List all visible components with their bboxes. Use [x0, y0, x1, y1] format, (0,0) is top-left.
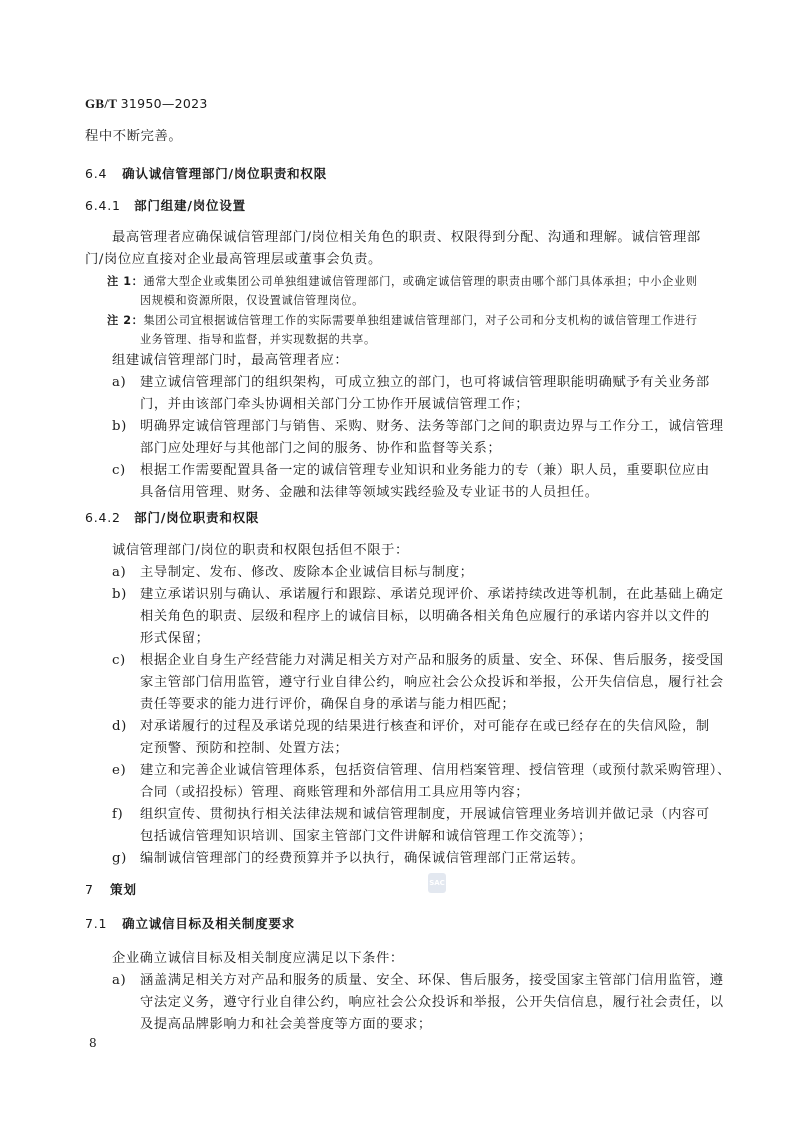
list-item-line: 守法定义务，遵守行业自律公约，响应社会公众投诉和举报，公开失信信息，履行社会责任… [140, 992, 724, 1014]
list-item-line: 涵盖满足相关方对产品和服务的质量、安全、环保、售后服务，接受国家主管部门信用监管… [140, 970, 724, 992]
list-label: e) [112, 760, 126, 782]
list-item-line: 建立和完善企业诚信管理体系，包括资信管理、信用档案管理、授信管理（或预付款采购管… [140, 760, 731, 782]
list-intro: 诚信管理部门/岗位的职责和权限包括但不限于： [112, 540, 409, 562]
section-6-4-1-heading: 6.4.1 部门组建/岗位设置 [85, 196, 246, 214]
note-2: 注 2：集团公司宜根据诚信管理工作的实际需要单独组建诚信管理部门，对子公司和分支… [107, 311, 697, 331]
section-title: 确认诚信管理部门/岗位职责和权限 [122, 166, 327, 181]
list-intro: 企业确立诚信目标及相关制度应满足以下条件： [112, 948, 404, 970]
note-label: 注 1： [107, 275, 143, 288]
note-label: 注 2： [107, 314, 143, 327]
list-item-line: 责任等要求的能力进行评价，确保自身的承诺与能力相匹配； [140, 694, 515, 716]
standard-prefix: GB/T [85, 96, 117, 111]
list-item-line: 建立诚信管理部门的组织架构，可成立独立的部门，也可将诚信管理职能明确赋予有关业务… [140, 372, 710, 394]
note-1-cont: 因规模和资源所限，仅设置诚信管理岗位。 [140, 291, 364, 311]
list-item-line: 主导制定、发布、修改、废除本企业诚信目标与制度； [140, 562, 474, 584]
note-1: 注 1：通常大型企业或集团公司单独组建诚信管理部门，或确定诚信管理的职责由哪个部… [107, 272, 697, 292]
paragraph-line: 门/岗位应直接对企业最高管理层或董事会负责。 [85, 249, 382, 271]
section-title: 部门组建/岗位设置 [134, 198, 246, 213]
list-item-line: 组织宣传、贯彻执行相关法律法规和诚信管理制度，开展诚信管理业务培训并做记录（内容… [140, 804, 710, 826]
section-number: 7.1 [85, 916, 117, 931]
list-label: b) [112, 584, 127, 606]
list-label: a) [112, 970, 126, 992]
section-title: 部门/岗位职责和权限 [134, 510, 259, 525]
section-number: 6.4.2 [85, 510, 129, 525]
section-number: 6.4 [85, 166, 117, 181]
list-item-line: 建立承诺识别与确认、承诺履行和跟踪、承诺兑现评价、承诺持续改进等机制，在此基础上… [140, 584, 724, 606]
note-2-cont: 业务管理、指导和监督，并实现数据的共享。 [140, 330, 376, 350]
list-label: f) [112, 804, 123, 826]
list-item-line: 部门应处理好与其他部门之间的服务、协作和监督等关系； [140, 438, 501, 460]
paragraph-line: 最高管理者应确保诚信管理部门/岗位相关角色的职责、权限得到分配、沟通和理解。诚信… [112, 227, 701, 249]
section-number: 6.4.1 [85, 198, 129, 213]
sac-watermark-logo: SAC [428, 873, 446, 893]
list-label: c) [112, 650, 126, 672]
list-item-line: 家主管部门信用监管，遵守行业自律公约，响应社会公众投诉和举报，公开失信信息，履行… [140, 672, 724, 694]
note-text: 集团公司宜根据诚信管理工作的实际需要单独组建诚信管理部门，对子公司和分支机构的诚… [143, 314, 697, 327]
list-item-line: 相关角色的职责、层级和程序上的诚信目标，以明确各相关角色应履行的承诺内容并以文件… [140, 606, 710, 628]
list-label: c) [112, 460, 126, 482]
list-item-line: 门，并由该部门牵头协调相关部门分工协作开展诚信管理工作； [140, 394, 529, 416]
list-item-line: 形式保留； [140, 628, 209, 650]
section-7-heading: 7 策划 [85, 880, 137, 898]
note-text: 通常大型企业或集团公司单独组建诚信管理部门，或确定诚信管理的职责由哪个部门具体承… [143, 275, 697, 288]
list-item-line: 及提高品牌影响力和社会美誉度等方面的要求； [140, 1014, 432, 1036]
list-label: a) [112, 562, 126, 584]
list-item-line: 具备信用管理、财务、金融和法律等领域实践经验及专业证书的人员担任。 [140, 482, 599, 504]
section-title: 确立诚信目标及相关制度要求 [122, 916, 295, 931]
list-label: a) [112, 372, 126, 394]
list-item-line: 定预警、预防和控制、处置方法； [140, 738, 348, 760]
continuation-text: 程中不断完善。 [85, 126, 182, 148]
section-6-4-2-heading: 6.4.2 部门/岗位职责和权限 [85, 508, 259, 526]
list-intro: 组建诚信管理部门时，最高管理者应： [112, 350, 348, 372]
standard-number: GB/T 31950—2023 [85, 96, 208, 112]
list-item-line: 根据工作需要配置具备一定的诚信管理专业知识和业务能力的专（兼）职人员，重要职位应… [140, 460, 710, 482]
list-item-line: 包括诚信管理知识培训、国家主管部门文件讲解和诚信管理工作交流等）； [140, 826, 592, 848]
standard-code: 31950—2023 [121, 96, 208, 111]
section-title: 策划 [110, 882, 137, 897]
list-item-line: 对承诺履行的过程及承诺兑现的结果进行核查和评价，对可能存在或已经存在的失信风险，… [140, 716, 710, 738]
page-number: 8 [89, 1036, 97, 1050]
list-item-line: 明确界定诚信管理部门与销售、采购、财务、法务等部门之间的职责边界与工作分工，诚信… [140, 416, 724, 438]
list-label: d) [112, 716, 127, 738]
list-label: b) [112, 416, 127, 438]
list-item-line: 合同（或招投标）管理、商账管理和外部信用工具应用等内容； [140, 782, 529, 804]
list-label: g) [112, 848, 127, 870]
section-7-1-heading: 7.1 确立诚信目标及相关制度要求 [85, 914, 295, 932]
section-number: 7 [85, 882, 105, 897]
list-item-line: 编制诚信管理部门的经费预算并予以执行，确保诚信管理部门正常运转。 [140, 848, 585, 870]
list-item-line: 根据企业自身生产经营能力对满足相关方对产品和服务的质量、安全、环保、售后服务，接… [140, 650, 724, 672]
section-6-4-heading: 6.4 确认诚信管理部门/岗位职责和权限 [85, 164, 327, 182]
